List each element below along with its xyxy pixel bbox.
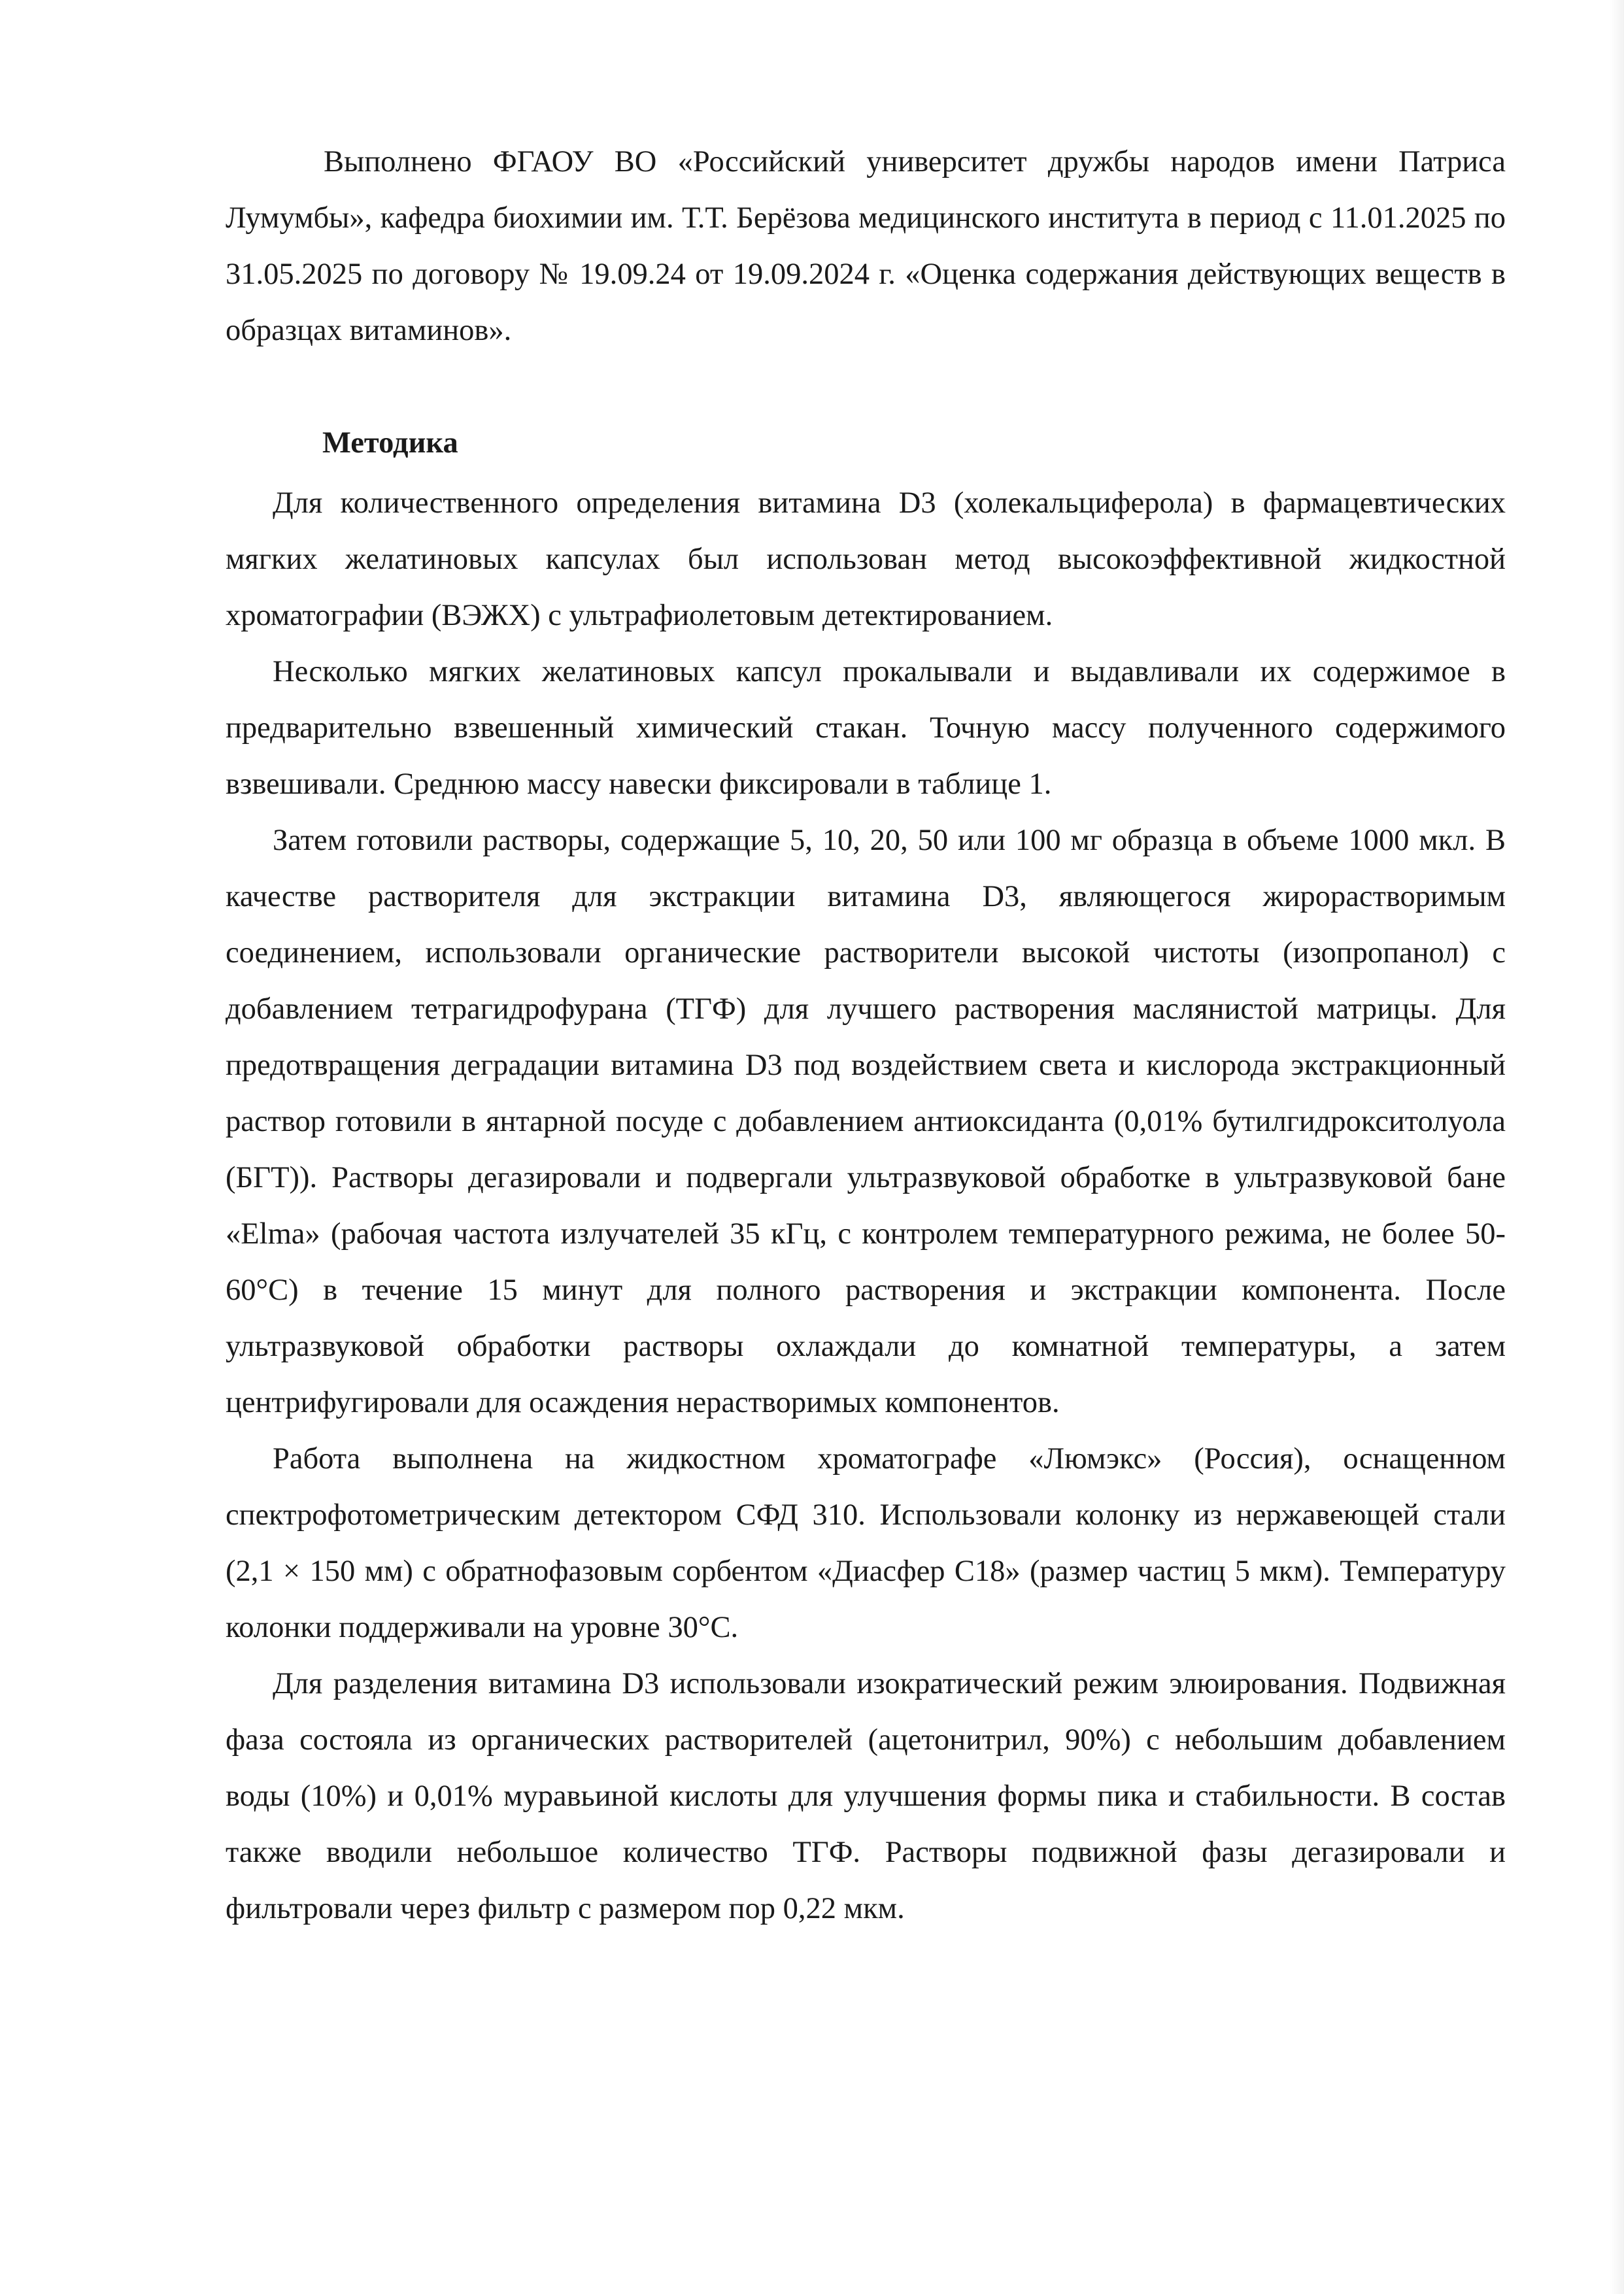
section-heading-methodology: Методика [322, 415, 1506, 471]
paragraph-mobile-phase: Для разделения витамина D3 использовали … [226, 1656, 1506, 1937]
intro-paragraph: Выполнено ФГАОУ ВО «Российский университ… [226, 134, 1506, 359]
paragraph-method-overview: Для количественного определения витамина… [226, 475, 1506, 644]
paragraph-extraction: Затем готовили растворы, содержащие 5, 1… [226, 813, 1506, 1431]
page-edge-shadow [1610, 0, 1624, 2294]
document-page: Выполнено ФГАОУ ВО «Российский университ… [226, 134, 1506, 1937]
paragraph-sample-preparation: Несколько мягких желатиновых капсул прок… [226, 644, 1506, 813]
paragraph-equipment: Работа выполнена на жидкостном хроматогр… [226, 1431, 1506, 1656]
